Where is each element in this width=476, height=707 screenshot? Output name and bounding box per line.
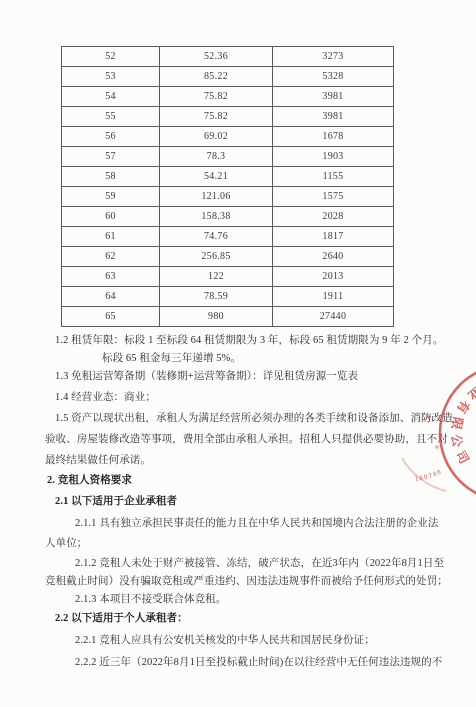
table-cell: 1911 xyxy=(273,287,394,307)
document-page: 5252.363273 5385.225328 5475.823981 5575… xyxy=(0,0,476,707)
para-2-2-1: 2.2.1 竞租人应具有公安机关核发的中华人民共和国居民身份证； xyxy=(75,634,375,647)
table-row: 5575.823981 xyxy=(62,107,394,127)
para-2-1-1-b: 人单位； xyxy=(45,537,87,550)
table-cell: 121.06 xyxy=(160,187,273,207)
table-cell: 3981 xyxy=(273,87,394,107)
para-asset-as-is-2: 验收、房屋装修改造等事项，费用全部由承租人承担。招租人只提供必要协助，且不对 xyxy=(45,433,448,446)
table-cell: 78.59 xyxy=(160,287,273,307)
table-cell: 54 xyxy=(62,87,160,107)
table-row: 631222013 xyxy=(62,267,394,287)
table-cell: 56 xyxy=(62,127,160,147)
table-cell: 64 xyxy=(62,287,160,307)
para-2-1-2-b: 竞租截止时间）没有骗取竞租或严重违约、因违法违规事件而被给予任何形式的处罚； xyxy=(45,575,448,588)
table-cell: 74.76 xyxy=(160,227,273,247)
table-cell: 60 xyxy=(62,207,160,227)
seal-serial-number: 160780 xyxy=(414,468,443,483)
table-row: 5475.823981 xyxy=(62,87,394,107)
para-asset-as-is-1: 1.5 资产以现状出租，承租人为满足经营所必须办理的各类手续和设备添加、消防改造 xyxy=(55,412,453,425)
table-row: 5385.225328 xyxy=(62,67,394,87)
para-2-1-2-a: 2.1.2 竞租人未处于财产被接管、冻结，破产状态，在近3年内（2022年8月1… xyxy=(75,557,444,570)
table-cell: 78.3 xyxy=(160,147,273,167)
table-cell: 63 xyxy=(62,267,160,287)
table-row: 60158.382028 xyxy=(62,207,394,227)
table-cell: 58 xyxy=(62,167,160,187)
table-row: 6478.591911 xyxy=(62,287,394,307)
table-cell: 5328 xyxy=(273,67,394,87)
table-row: 62256.852640 xyxy=(62,247,394,267)
para-business-type: 1.4 经营业态：商业； xyxy=(55,391,156,404)
seal-arc-text: 业有限公司 xyxy=(449,384,476,466)
table-cell: 52.36 xyxy=(160,47,273,67)
table-cell: 2028 xyxy=(273,207,394,227)
para-rent-free-period: 1.3 免租运营筹备期（装修期+运营筹备期）：详见租赁房源一览表 xyxy=(55,370,358,383)
table-row: 5252.363273 xyxy=(62,47,394,67)
table-cell: 256.85 xyxy=(160,247,273,267)
table-cell: 69.02 xyxy=(160,127,273,147)
table-row: 5669.021678 xyxy=(62,127,394,147)
table-row: 5854.211155 xyxy=(62,167,394,187)
table-row: 5778.31903 xyxy=(62,147,394,167)
section-2-1-heading: 2.1 以下适用于企业承租者 xyxy=(55,495,177,508)
table-cell: 62 xyxy=(62,247,160,267)
table-cell: 158.38 xyxy=(160,207,273,227)
seal-ghost-arc xyxy=(402,458,446,491)
table-cell: 1575 xyxy=(273,187,394,207)
table-cell: 65 xyxy=(62,307,160,327)
section-2-2-heading: 2.2 以下适用于个人承租者： xyxy=(55,612,188,625)
table-row: 6174.761817 xyxy=(62,227,394,247)
table-cell: 55 xyxy=(62,107,160,127)
table-cell: 59 xyxy=(62,187,160,207)
table-cell: 980 xyxy=(160,307,273,327)
table-cell: 27440 xyxy=(273,307,394,327)
svg-text:业有限公司: 业有限公司 xyxy=(449,384,476,466)
table-cell: 2013 xyxy=(273,267,394,287)
table-cell: 75.82 xyxy=(160,107,273,127)
table-cell: 85.22 xyxy=(160,67,273,87)
table-cell: 57 xyxy=(62,147,160,167)
section-2-heading: 2. 竞租人资格要求 xyxy=(47,474,132,487)
para-2-2-2: 2.2.2 近三年（2022年8月1日至投标截止时间)在以往经营中无任何违法违规… xyxy=(75,656,442,669)
table-cell: 2640 xyxy=(273,247,394,267)
table-cell: 3981 xyxy=(273,107,394,127)
table-cell: 61 xyxy=(62,227,160,247)
table-cell: 3273 xyxy=(273,47,394,67)
table-cell: 122 xyxy=(160,267,273,287)
para-lease-term-cont: 标段 65 租金每三年递增 5%。 xyxy=(102,352,241,365)
table-cell: 54.21 xyxy=(160,167,273,187)
table-cell: 1817 xyxy=(273,227,394,247)
table-row: 6598027440 xyxy=(62,307,394,327)
table-cell: 53 xyxy=(62,67,160,87)
lease-lot-table: 5252.363273 5385.225328 5475.823981 5575… xyxy=(61,46,394,327)
table-cell: 52 xyxy=(62,47,160,67)
para-asset-as-is-3: 最终结果做任何承诺。 xyxy=(45,454,151,467)
para-2-1-1-a: 2.1.1 具有独立承担民事责任的能力且在中华人民共和国境内合法注册的企业法 xyxy=(75,517,438,530)
table-cell: 75.82 xyxy=(160,87,273,107)
table-cell: 1155 xyxy=(273,167,394,187)
table-cell: 1678 xyxy=(273,127,394,147)
para-lease-term: 1.2 租赁年限：标段 1 至标段 64 租赁期限为 3 年，标段 65 租赁期… xyxy=(55,334,443,347)
para-2-1-3: 2.1.3 本项目不接受联合体竞租。 xyxy=(75,593,226,606)
table-cell: 1903 xyxy=(273,147,394,167)
svg-text:160780: 160780 xyxy=(414,468,443,483)
table-row: 59121.061575 xyxy=(62,187,394,207)
